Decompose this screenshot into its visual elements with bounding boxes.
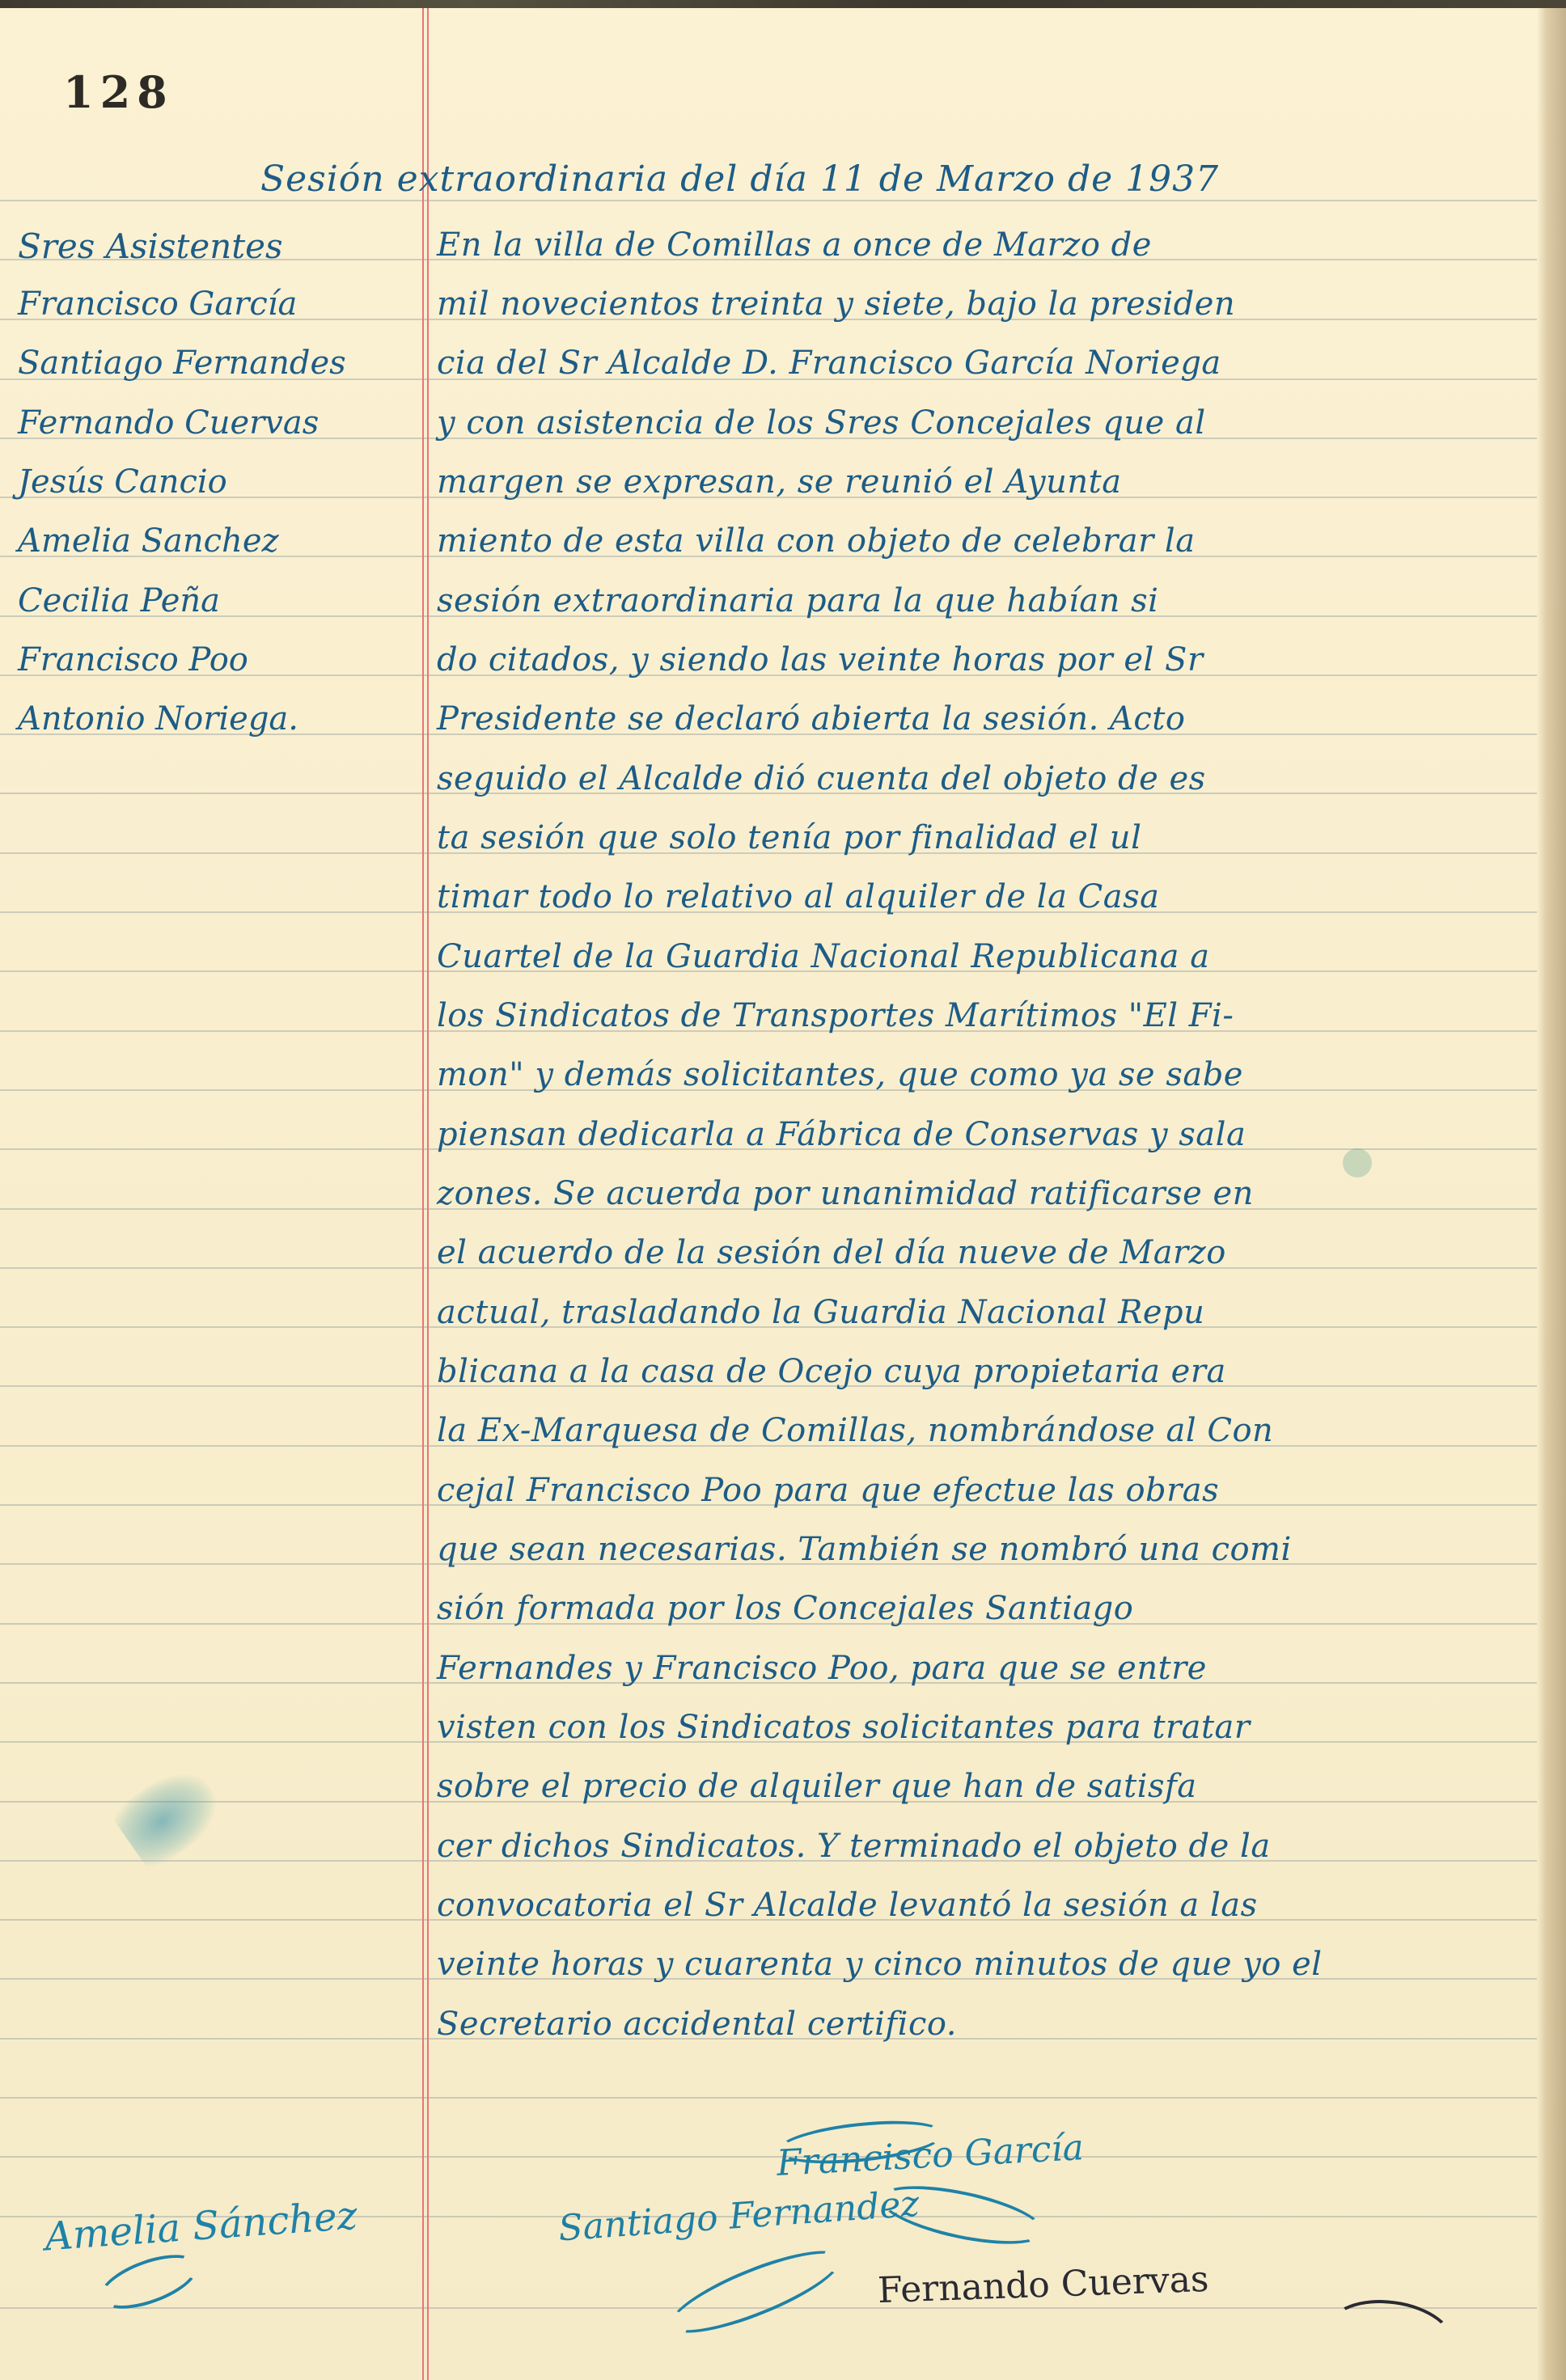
body-line: do citados, y siendo las veinte horas po… bbox=[437, 641, 1204, 678]
attendee-name: Jesús Cancio bbox=[18, 463, 227, 501]
attendee-name: Antonio Noriega. bbox=[18, 700, 298, 738]
signature-flourish bbox=[661, 2235, 849, 2348]
body-line: visten con los Sindicatos solicitantes p… bbox=[437, 1709, 1251, 1746]
body-line: sión formada por los Concejales Santiago bbox=[437, 1590, 1133, 1627]
body-line: cejal Francisco Poo para que efectue las… bbox=[437, 1472, 1219, 1509]
body-line: convocatoria el Sr Alcalde levantó la se… bbox=[437, 1887, 1258, 1924]
rule-line bbox=[0, 2097, 1537, 2099]
body-line: Secretario accidental certifico. bbox=[437, 2006, 957, 2043]
body-line: mon" y demás solicitantes, que como ya s… bbox=[437, 1056, 1243, 1093]
body-line: actual, trasladando la Guardia Nacional … bbox=[437, 1294, 1204, 1331]
body-line: los Sindicatos de Transportes Marítimos … bbox=[437, 997, 1234, 1034]
body-line: Presidente se declaró abierta la sesión.… bbox=[437, 700, 1185, 738]
body-line: Cuartel de la Guardia Nacional Republica… bbox=[437, 938, 1210, 975]
body-line: y con asistencia de los Sres Concejales … bbox=[437, 404, 1206, 442]
body-line: veinte horas y cuarenta y cinco minutos … bbox=[437, 1946, 1323, 1983]
page-top-edge bbox=[0, 0, 1566, 8]
signature-councillor: Amelia Sánchez bbox=[44, 2193, 359, 2260]
attendee-name: Fernando Cuervas bbox=[18, 404, 319, 442]
body-line: Fernandes y Francisco Poo, para que se e… bbox=[437, 1650, 1207, 1687]
body-line: seguido el Alcalde dió cuenta del objeto… bbox=[437, 760, 1206, 797]
body-line: ta sesión que solo tenía por finalidad e… bbox=[437, 819, 1141, 856]
body-line: blicana a la casa de Ocejo cuya propieta… bbox=[437, 1353, 1226, 1390]
attendee-name: Cecilia Peña bbox=[18, 582, 220, 619]
attendee-name: Francisco Poo bbox=[18, 641, 248, 678]
ledger-page: 128 Sesión extraordinaria del día 11 de … bbox=[0, 0, 1566, 2380]
signature-councillor: Fernando Cuervas bbox=[877, 2259, 1209, 2311]
attendee-name: Santiago Fernandes bbox=[18, 345, 346, 382]
signature-councillor: Santiago Fernandez bbox=[557, 2183, 921, 2249]
attendees-header: Sres Asistentes bbox=[18, 226, 283, 266]
margin-line bbox=[427, 8, 429, 2380]
ink-smudge bbox=[109, 1758, 231, 1874]
body-line: sobre el precio de alquiler que han de s… bbox=[437, 1768, 1197, 1805]
signature-flourish bbox=[1323, 2292, 1459, 2380]
body-line: zones. Se acuerda por unanimidad ratific… bbox=[437, 1175, 1254, 1212]
body-line: que sean necesarias. También se nombró u… bbox=[437, 1531, 1292, 1568]
body-line: cia del Sr Alcalde D. Francisco García N… bbox=[437, 345, 1221, 382]
body-line: margen se expresan, se reunió el Ayunta bbox=[437, 463, 1122, 501]
rule-line bbox=[0, 2156, 1537, 2158]
body-line: sesión extraordinaria para la que habían… bbox=[437, 582, 1158, 619]
body-line: timar todo lo relativo al alquiler de la… bbox=[437, 878, 1159, 915]
body-line: En la villa de Comillas a once de Marzo … bbox=[437, 226, 1152, 264]
session-title: Sesión extraordinaria del día 11 de Marz… bbox=[260, 159, 1219, 200]
body-line: el acuerdo de la sesión del día nueve de… bbox=[437, 1234, 1226, 1271]
rule-line bbox=[0, 200, 1537, 201]
body-line: miento de esta villa con objeto de celeb… bbox=[437, 522, 1196, 560]
page-number: 128 bbox=[63, 66, 174, 118]
body-line: la Ex-Marquesa de Comillas, nombrándose … bbox=[437, 1412, 1273, 1449]
ink-spot bbox=[1343, 1148, 1372, 1177]
body-line: mil novecientos treinta y siete, bajo la… bbox=[437, 285, 1235, 323]
attendee-name: Francisco García bbox=[18, 285, 297, 323]
margin-line bbox=[422, 8, 424, 2380]
attendee-name: Amelia Sanchez bbox=[18, 522, 279, 560]
body-line: cer dichos Sindicatos. Y terminado el ob… bbox=[437, 1828, 1271, 1865]
body-line: piensan dedicarla a Fábrica de Conservas… bbox=[437, 1116, 1246, 1153]
